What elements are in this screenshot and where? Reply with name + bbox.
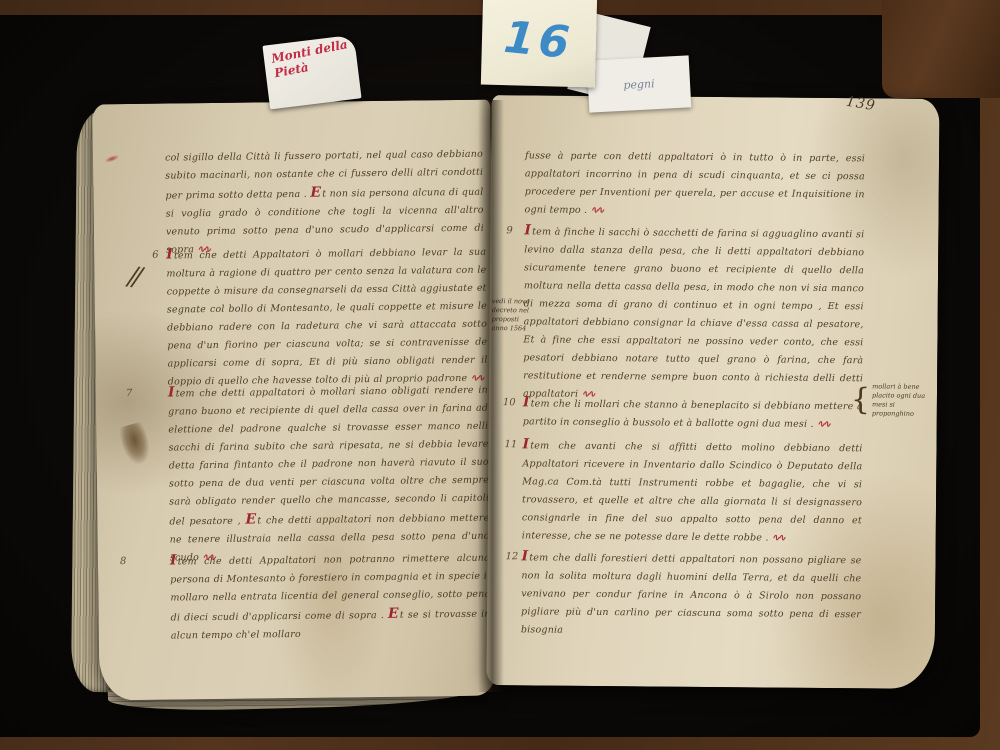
rubric-initial: I [523, 394, 531, 410]
left-paragraph-item-6: Item che detti Appaltatori ò mollari deb… [166, 242, 488, 392]
handwritten-text: tem che detti Appaltatori ò mollari debb… [166, 247, 487, 388]
manuscript-left-page: col sigillo della Città li fussero porta… [92, 100, 497, 701]
margin-number-7: 7 [126, 388, 133, 399]
handwritten-text: tem che dalli forestieri detti appaltato… [521, 552, 862, 635]
rubric-initial: I [168, 384, 176, 400]
right-paragraph-top: fusse à parte con detti appaltatori ò in… [524, 147, 865, 222]
wood-table-corner [882, 0, 1000, 98]
book-gutter-shadow [478, 100, 504, 692]
margin-number-6: 6 [152, 250, 159, 261]
margin-slash-mark: ∕∕ [127, 261, 140, 292]
rubric-initial: E [388, 606, 400, 622]
rubric-initial: E [310, 185, 322, 201]
margin-note-text: mollari à bene placito ogni dua mesi si … [872, 382, 935, 419]
left-paragraph-item-8: Item che detti Appaltatori non potranno … [170, 548, 491, 646]
tab-monti-della-pieta: Monti della Pietà [262, 35, 361, 110]
red-flourish-icon: ∿∿ [772, 533, 784, 544]
rubric-initial: I [521, 548, 529, 564]
rubric-initial: I [166, 246, 174, 262]
handwritten-text: tem à finche li sacchi ò sacchetti de fa… [523, 226, 864, 399]
handwritten-text: tem che li mollari che stanno à beneplac… [523, 398, 863, 429]
margin-number-9: 9 [506, 225, 512, 236]
red-flourish-icon: ∿∿ [590, 205, 602, 216]
margin-number-10: 10 [503, 397, 516, 408]
handwritten-text: tem che detti appaltatori ò mollari sian… [168, 385, 489, 528]
sticky-note-number: 16 [502, 11, 576, 68]
left-paragraph-item-7: Item che detti appaltatori ò mollari sia… [168, 380, 490, 568]
rubric-initial: E [245, 511, 257, 527]
handwritten-text: tem che avanti che si affitti detto moli… [522, 440, 863, 543]
right-paragraph-item-9: Item à finche li sacchi ò sacchetti de f… [523, 221, 865, 406]
rubric-initial: I [522, 436, 530, 452]
rubric-initial: I [524, 222, 532, 238]
sticky-note-16: 16 [481, 0, 597, 87]
red-flourish-icon: ∿∿ [817, 419, 829, 430]
margin-number-11: 11 [504, 439, 517, 450]
right-paragraph-item-10: Item che li mollari che stanno à benepla… [523, 393, 863, 434]
manuscript-photo: col sigillo della Città li fussero porta… [0, 0, 1000, 750]
right-paragraph-item-11: Item che avanti che si affitti detto mol… [522, 435, 863, 548]
red-tick-mark [105, 154, 120, 164]
pegni-slip: pegni [587, 55, 692, 112]
handwritten-text: fusse à parte con detti appaltatori ò in… [525, 150, 866, 216]
pegni-slip-text: pegni [623, 77, 655, 92]
tab-monti-text: Monti della Pietà [270, 36, 358, 81]
margin-note-mollari: { mollari à bene placito ogni dua mesi s… [851, 382, 935, 419]
manuscript-right-page: fusse à parte con detti appaltatori ò in… [486, 95, 939, 689]
margin-number-12: 12 [506, 551, 519, 562]
right-paragraph-item-12: Item che dalli forestieri detti appaltat… [521, 547, 862, 642]
margin-number-8: 8 [120, 556, 127, 567]
ink-blot [118, 421, 154, 467]
rubric-initial: I [170, 552, 178, 568]
margin-brace-icon: { [851, 385, 870, 415]
